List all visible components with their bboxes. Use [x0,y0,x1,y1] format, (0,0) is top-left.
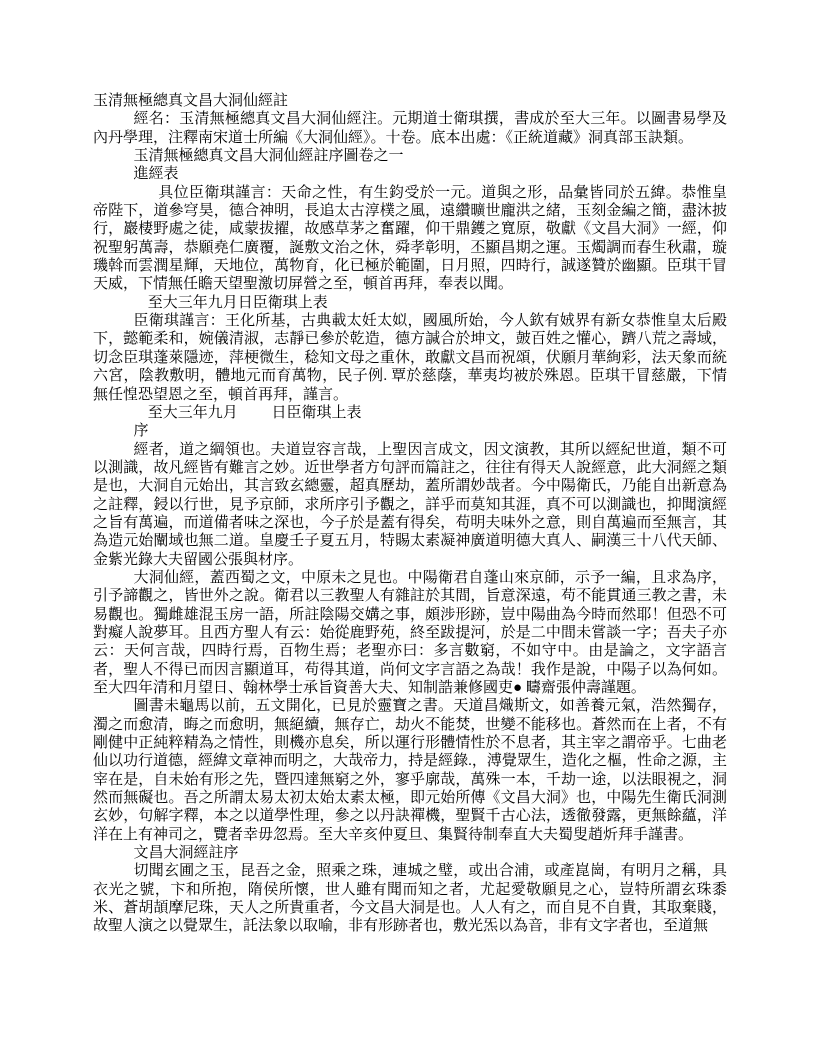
chapter-heading: 玉清無極總真文昌大洞仙經註序圖卷之一 [93,147,727,165]
preface-paragraph-3: 圖書未龜馬以前，五文開化，已見於靈寶之書。天道昌熾斯文，如善養元氣，浩然獨存，濁… [93,697,727,844]
bibliographic-note: 經名：玉清無極總真文昌大洞仙經注。元期道士衛琪撰，書成於至大三年。以圖書易學及內… [93,110,727,147]
doc-title: 玉清無極總真文昌大洞仙經註 [93,92,727,110]
document-body: 玉清無極總真文昌大洞仙經註 經名：玉清無極總真文昌大洞仙經注。元期道士衛琪撰，書… [93,92,727,936]
date-line-2: 至大三年九月 日臣衛琪上表 [93,404,727,422]
memorial-paragraph-2: 臣衛琪謹言：王化所基，古典載太妊太姒，國風所始，今人欽有娀界有新女恭惟皇太后殿下… [93,312,727,404]
preface-paragraph-1: 經者，道之綱領也。夫道豈容言哉，上聖因言成文，因文演教，其所以經紀世道，類不可以… [93,441,727,569]
preface-paragraph-2: 大洞仙經，蓋西蜀之文，中原未之見也。中陽衛君自蓬山來京師，示予一編，且求為序，引… [93,569,727,697]
date-line-1: 至大三年九月日臣衛琪上表 [93,294,727,312]
memorial-paragraph-1: 具位臣衛琪謹言：天命之性，有生鈞受於一元。道與之形，品彙皆同於五緯。恭惟皇帝陛下… [93,184,727,294]
document-page: 玉清無極總真文昌大洞仙經註 經名：玉清無極總真文昌大洞仙經注。元期道士衛琪撰，書… [0,0,816,1056]
section-heading-xu: 序 [93,422,727,440]
section-heading-jinjingbiao: 進經表 [93,165,727,183]
section-heading-wenchang-xu: 文昌大洞經註序 [93,844,727,862]
preface-paragraph-4: 切聞玄圃之玉，昆吾之金，照乘之珠，連城之璧，或出合浦，或產崑崗，有明月之稱，具衣… [93,862,727,935]
